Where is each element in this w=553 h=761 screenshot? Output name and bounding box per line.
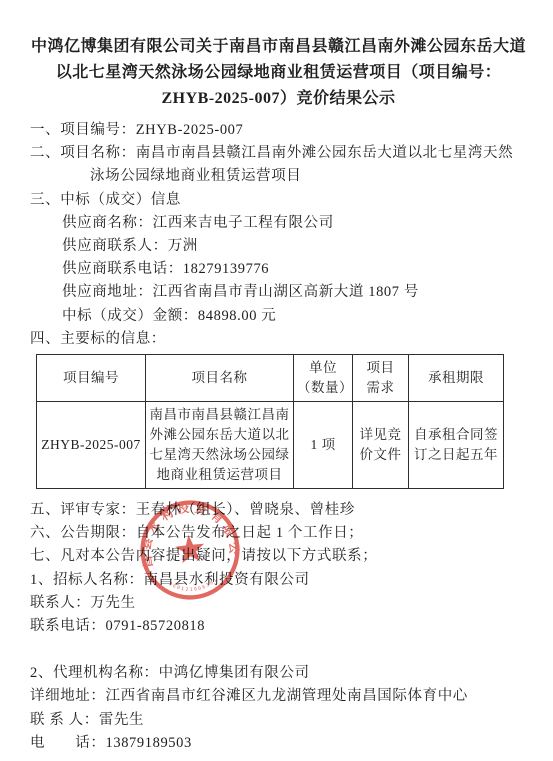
agency-contact-line: 联 系 人：雷先生 [30,709,527,732]
cell-unit-qty: 1 项 [294,402,353,489]
supplier-address-line: 供应商地址：江西省南昌市青山湖区高新大道 1807 号 [30,281,527,304]
header-requirement: 项目 需求 [353,355,409,402]
table-row: ZHYB-2025-007 南昌市南昌县赣江昌南外滩公园东岳大道以北七星湾天然泳… [37,402,504,489]
agency-phone-line: 电 话：13879189503 [30,732,527,755]
project-name-line: 二、项目名称：南昌市南昌县赣江昌南外滩公园东岳大道以北七星湾天然泳场公园绿地商业… [30,142,527,188]
document-page: 中鸿亿博集团有限公司关于南昌市南昌县赣江昌南外滩公园东岳大道 以北七星湾天然泳场… [0,0,553,761]
cell-lease-term: 自承租合同签订之日起五年 [409,402,504,489]
table-header-row: 项目编号 项目名称 单位 （数量） 项目 需求 承租期限 [37,355,504,402]
supplier-phone-line: 供应商联系电话：18279139776 [30,258,527,281]
experts-line: 五、评审专家：王春林（组长）、曾晓泉、曾桂珍 [30,499,527,522]
title-line-2: 以北七星湾天然泳场公园绿地商业租赁运营项目（项目编号： [30,60,527,86]
cell-project-name: 南昌市南昌县赣江昌南外滩公园东岳大道以北七星湾天然泳场公园绿地商业租赁运营项目 [146,402,294,489]
project-number-line: 一、项目编号：ZHYB-2025-007 [30,119,527,142]
supplier-contact-line: 供应商联系人：万洲 [30,235,527,258]
subject-heading: 四、主要标的信息： [30,328,527,351]
title-line-3: ZHYB-2025-007）竞价结果公示 [30,86,527,112]
agency-name-line: 2、代理机构名称：中鸿亿博集团有限公司 [30,662,527,685]
notice-period-line: 六、公告期限：自本公告发布之日起 1 个工作日； [30,522,527,545]
tenderer-name-line: 1、招标人名称：南昌县水利投资有限公司 [30,569,527,592]
title-line-1: 中鸿亿博集团有限公司关于南昌市南昌县赣江昌南外滩公园东岳大道 [30,34,527,60]
tenderer-phone-line: 联系电话：0791-85720818 [30,615,527,638]
subject-info-table: 项目编号 项目名称 单位 （数量） 项目 需求 承租期限 ZHYB-2025-0… [36,354,504,489]
contact-note-line: 七、凡对本公告内容提出疑问，请按以下方式联系； [30,545,527,568]
page-title: 中鸿亿博集团有限公司关于南昌市南昌县赣江昌南外滩公园东岳大道 以北七星湾天然泳场… [30,34,527,112]
header-project-name: 项目名称 [146,355,294,402]
header-lease-term: 承租期限 [409,355,504,402]
cell-requirement: 详见竞价文件 [353,402,409,489]
cell-project-no: ZHYB-2025-007 [37,402,146,489]
agency-address-line: 详细地址：江西省南昌市红谷滩区九龙湖管理处南昌国际体育中心 [30,685,527,708]
supplier-name-line: 供应商名称：江西来吉电子工程有限公司 [30,212,527,235]
header-unit-qty: 单位 （数量） [294,355,353,402]
tenderer-contact-line: 联系人：万先生 [30,592,527,615]
award-amount-line: 中标（成交）金额：84898.00 元 [30,305,527,328]
header-project-no: 项目编号 [37,355,146,402]
award-info-heading: 三、中标（成交）信息 [30,189,527,212]
